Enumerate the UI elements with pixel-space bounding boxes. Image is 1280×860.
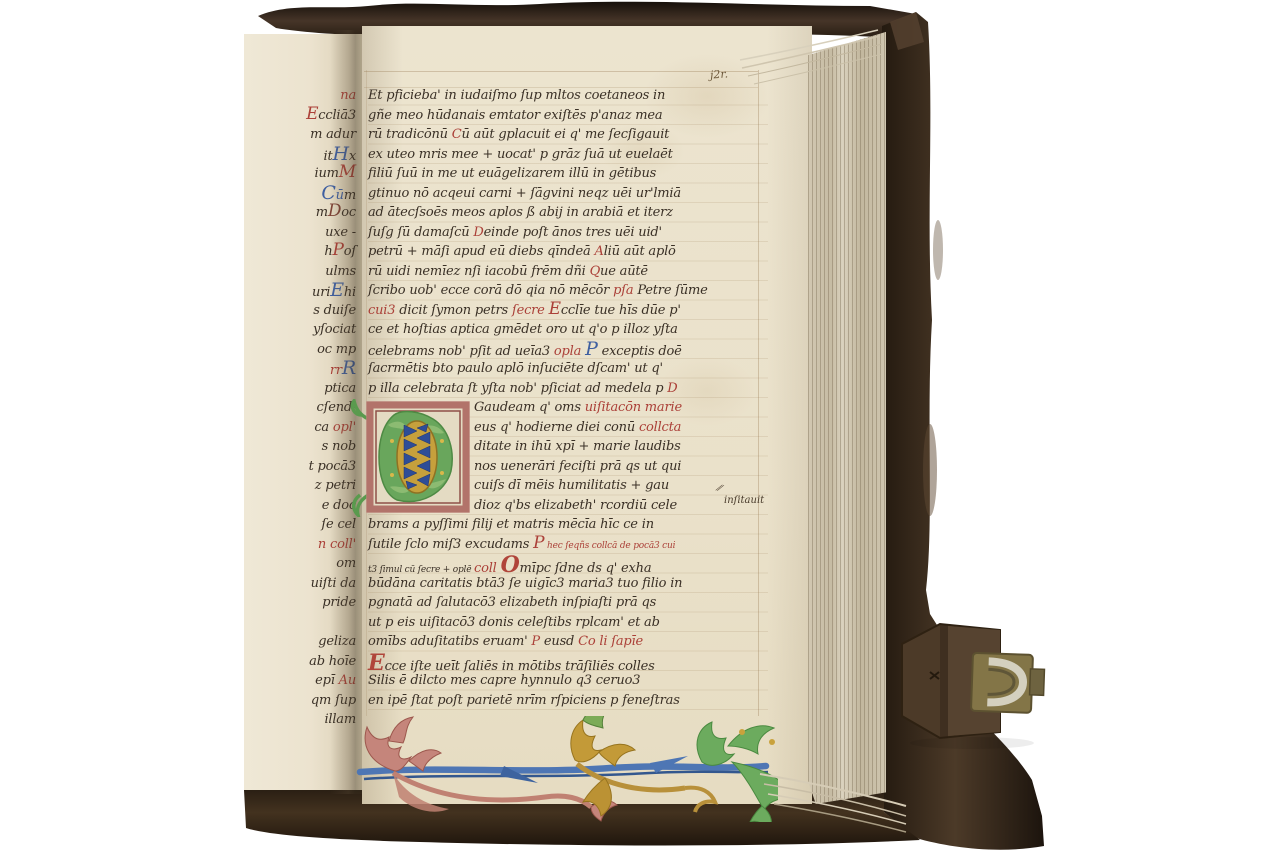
floral-border-decoration — [350, 716, 778, 822]
text-segment-rcap: E — [306, 104, 318, 124]
text-line: rū tradicōnū Cū aūt gplacuit ei q' me ſe… — [368, 125, 768, 145]
text-segment-ink: Et pficieba' in iudaiſmo ſup mltos coeta… — [368, 88, 665, 103]
text-segment-bcap: P — [585, 338, 598, 360]
text-segment-ink: eusd — [540, 634, 578, 649]
text-segment-ink: p illa celebrata ſt yſta nob' pſiciat ad… — [368, 381, 667, 396]
initial-gold-oval — [397, 421, 437, 493]
text-segment-ink: Gaudeam q' oms — [474, 400, 585, 415]
text-segment-ink: gtinuo nō acqeui carni + ſāgvini neqz uē… — [368, 186, 681, 201]
text-segment-ink: m — [316, 205, 328, 220]
text-line: Et pficieba' in iudaiſmo ſup mltos coeta… — [368, 86, 768, 106]
text-segment-red: D — [473, 225, 483, 240]
text-segment-red: ſecre — [512, 303, 549, 318]
text-segment-ink: liū aūt aplō — [604, 244, 676, 259]
text-segment-ink: filiū ſuū in me ut euāgelizarem illū in … — [368, 166, 656, 181]
text-segment-ink: ditate in ihū xpī + marie laudibs — [474, 439, 681, 454]
text-line: cuiſs dī mēis humilitatis + gau — [474, 476, 768, 496]
text-line: ut p eis uiſitacō3 donis celeſtibs rplca… — [368, 613, 768, 633]
text-line: t3 ſimul cū ſecre + oplē coll Omīpc ſdne… — [368, 554, 768, 574]
text-segment-ink: dioz q'bs elizabeth' rcordiū cele — [474, 498, 677, 513]
right-page: j2r. Et pficieba' in iudaiſmo ſup mltos … — [362, 26, 812, 804]
margin-annotation-text: inſitauit — [724, 495, 764, 506]
text-line: gtinuo nō acqeui carni + ſāgvini neqz uē… — [368, 184, 768, 204]
ruling-line-vertical — [366, 70, 367, 716]
text-segment-ink: pgnatā ad ſalutacō3 elizabeth inſpiaſti … — [368, 595, 656, 610]
text-line: pgnatā ad ſalutacō3 elizabeth inſpiaſti … — [368, 593, 768, 613]
text-segment-ink: eus q' hodierne diei conū — [474, 420, 639, 435]
text-segment-red: Q — [590, 264, 600, 279]
folio-number: j2r. — [710, 67, 729, 81]
text-segment-ink: Silis ē dilcto mes capre hynnulo q3 ceru… — [368, 673, 640, 688]
text-segment-ink: nos uenerāri feciſti prā qs ut qui — [474, 459, 681, 474]
text-line: celebrams nob' pſit ad ueīa3 opla P exce… — [368, 340, 768, 360]
text-segment-ink: einde poſt ānos tres uēi uid' — [484, 225, 662, 240]
text-line: omībs aduſitatibs eruam' P eusd Co li ſa… — [368, 632, 768, 652]
clasp-strap-crease — [940, 624, 948, 738]
text-line: ſcribo uob' ecce corā dō qia nō mēcōr pſ… — [368, 281, 768, 301]
page-corners-top — [738, 28, 884, 92]
text-segment-ink: exceptis doē — [598, 344, 682, 359]
text-line: ſutile ſclo miſ3 excudams P hec ſeqñs co… — [368, 535, 768, 555]
fore-edge-page-block — [808, 28, 886, 804]
text-line: gñe meo hūdanais emtator exiſtēs p'anaz … — [368, 106, 768, 126]
clasp-shadow — [910, 737, 1034, 749]
text-line: filiū ſuū in me ut euāgelizarem illū in … — [368, 164, 768, 184]
book-clasp — [896, 610, 1048, 752]
text-segment-red: C — [452, 127, 462, 142]
text-segment-smr: hec ſeqñs collcā de pocā3 cui — [544, 541, 675, 551]
leather-wear-patch — [933, 220, 943, 280]
text-line: eus q' hodierne diei conū collcta — [474, 418, 768, 438]
text-line: ex uteo mris mee + uocat' p grāz ſuā ut … — [368, 145, 768, 165]
text-line: Ecce iſte ueīt ſaliēs in mōtibs trāſiliē… — [368, 652, 768, 672]
text-segment-ink: ſacrmētis bto paulo aplō inſuciēte dſcam… — [368, 361, 663, 376]
text-segment-ink: uri — [312, 285, 330, 300]
text-segment-ink: gñe meo hūdanais emtator exiſtēs p'anaz … — [368, 108, 662, 123]
text-line: brams a pyſſimi filij et matris mēcīa hī… — [368, 515, 768, 535]
illuminated-initial-D — [348, 399, 472, 517]
text-line: en ipē ſtat poſt parietē nrīm rſpiciens … — [368, 691, 768, 711]
text-line: Silis ē dilcto mes capre hynnulo q3 ceru… — [368, 671, 768, 691]
text-segment-ink: en ipē ſtat poſt parietē nrīm rſpiciens … — [368, 693, 680, 708]
text-segment-ink: ſutile ſclo miſ3 excudams — [368, 537, 533, 552]
text-segment-ink: celebrams nob' pſit ad ueīa3 — [368, 344, 554, 359]
text-line: ſacrmētis bto paulo aplō inſuciēte dſcam… — [368, 359, 768, 379]
text-line: nos uenerāri feciſti prā qs ut qui — [474, 457, 768, 477]
text-segment-ink: ue aūtē — [600, 264, 648, 279]
text-line: ad ātecſsoēs meos aplos ß abij in arabiā… — [368, 203, 768, 223]
clasp-catch-tab — [1030, 669, 1045, 695]
illuminated-initial-letter: D — [362, 26, 363, 27]
text-segment-ink: cuiſs dī mēis humilitatis + gau — [474, 478, 669, 493]
text-segment-ink: ad ātecſsoēs meos aplos ß abij in arabiā… — [368, 205, 673, 220]
text-segment-ink: petrū + māſi apud eū diebs qīndeā — [368, 244, 595, 259]
text-line: rū uidi nemīez nſi iacobū frēm dñi Que a… — [368, 262, 768, 282]
ruling-line-horizontal — [364, 71, 758, 72]
page-corners-bottom — [758, 766, 908, 834]
text-segment-red: uiſitacōn marie — [585, 400, 682, 415]
text-segment-red: cui3 — [368, 303, 399, 318]
text-segment-ink: ſuſg ſū damaſcū — [368, 225, 473, 240]
text-line: ſuſg ſū damaſcū Deinde poſt ānos tres uē… — [368, 223, 768, 243]
text-segment-ink: ſcribo uob' ecce corā dō qia nō mēcōr — [368, 283, 613, 298]
text-segment-ink: Petre ſūme — [637, 283, 707, 298]
text-segment-ink: omībs aduſitatibs eruam' — [368, 634, 531, 649]
text-segment-rcap: P — [533, 533, 544, 553]
text-line: ce et hoſtias aptica gmēdet oro ut q'o p… — [368, 320, 768, 340]
text-line: cui3 dicit ſymon petrs ſecre Ecclīe tue … — [368, 301, 768, 321]
text-segment-ink: ū aūt gplacuit ei q' me ſecſigauit — [462, 127, 670, 142]
text-segment-ink: ex uteo mris mee + uocat' p grāz ſuā ut … — [368, 147, 673, 162]
right-page-text-block: Et pficieba' in iudaiſmo ſup mltos coeta… — [368, 86, 768, 710]
text-segment-red: D — [667, 381, 677, 396]
text-segment-ink: dicit ſymon petrs — [399, 303, 512, 318]
text-line: petrū + māſi apud eū diebs qīndeā Aliū a… — [368, 242, 768, 262]
text-segment-ink: ce et hoſtias aptica gmēdet oro ut q'o p… — [368, 322, 678, 337]
text-line: Gaudeam q' oms uiſitacōn marie — [474, 398, 768, 418]
text-segment-ink: ut p eis uiſitacō3 donis celeſtibs rplca… — [368, 615, 660, 630]
text-line: p illa celebrata ſt yſta nob' pſiciat ad… — [368, 379, 768, 399]
clasp-metal-fitting — [971, 653, 1045, 713]
text-segment-red: collcta — [639, 420, 681, 435]
text-segment-ink: cclīe tue hīs dūe p' — [561, 303, 681, 318]
text-segment-ink: brams a pyſſimi filij et matris mēcīa hī… — [368, 517, 654, 532]
text-segment-ink: rū uidi nemīez nſi iacobū frēm dñi — [368, 264, 590, 279]
text-segment-red: A — [595, 244, 604, 259]
text-segment-ink: būdāna caritatis btā3 ſe uigīc3 maria3 t… — [368, 576, 682, 591]
text-line: ditate in ihū xpī + marie laudibs — [474, 437, 768, 457]
text-segment-ink: rū tradicōnū — [368, 127, 452, 142]
manuscript-book-photo: naEccliā3m aduritHxiumMCūmmDocuxe -hPoſu… — [0, 0, 1280, 860]
text-segment-red: pſa — [613, 283, 637, 298]
text-segment-red: opla — [554, 344, 585, 359]
text-segment-red: Co li ſapīe — [578, 634, 643, 649]
leather-wear-patch — [923, 424, 937, 516]
text-segment-rcap: E — [549, 299, 561, 319]
text-line: būdāna caritatis btā3 ſe uigīc3 maria3 t… — [368, 574, 768, 594]
text-segment-red: P — [531, 634, 540, 649]
